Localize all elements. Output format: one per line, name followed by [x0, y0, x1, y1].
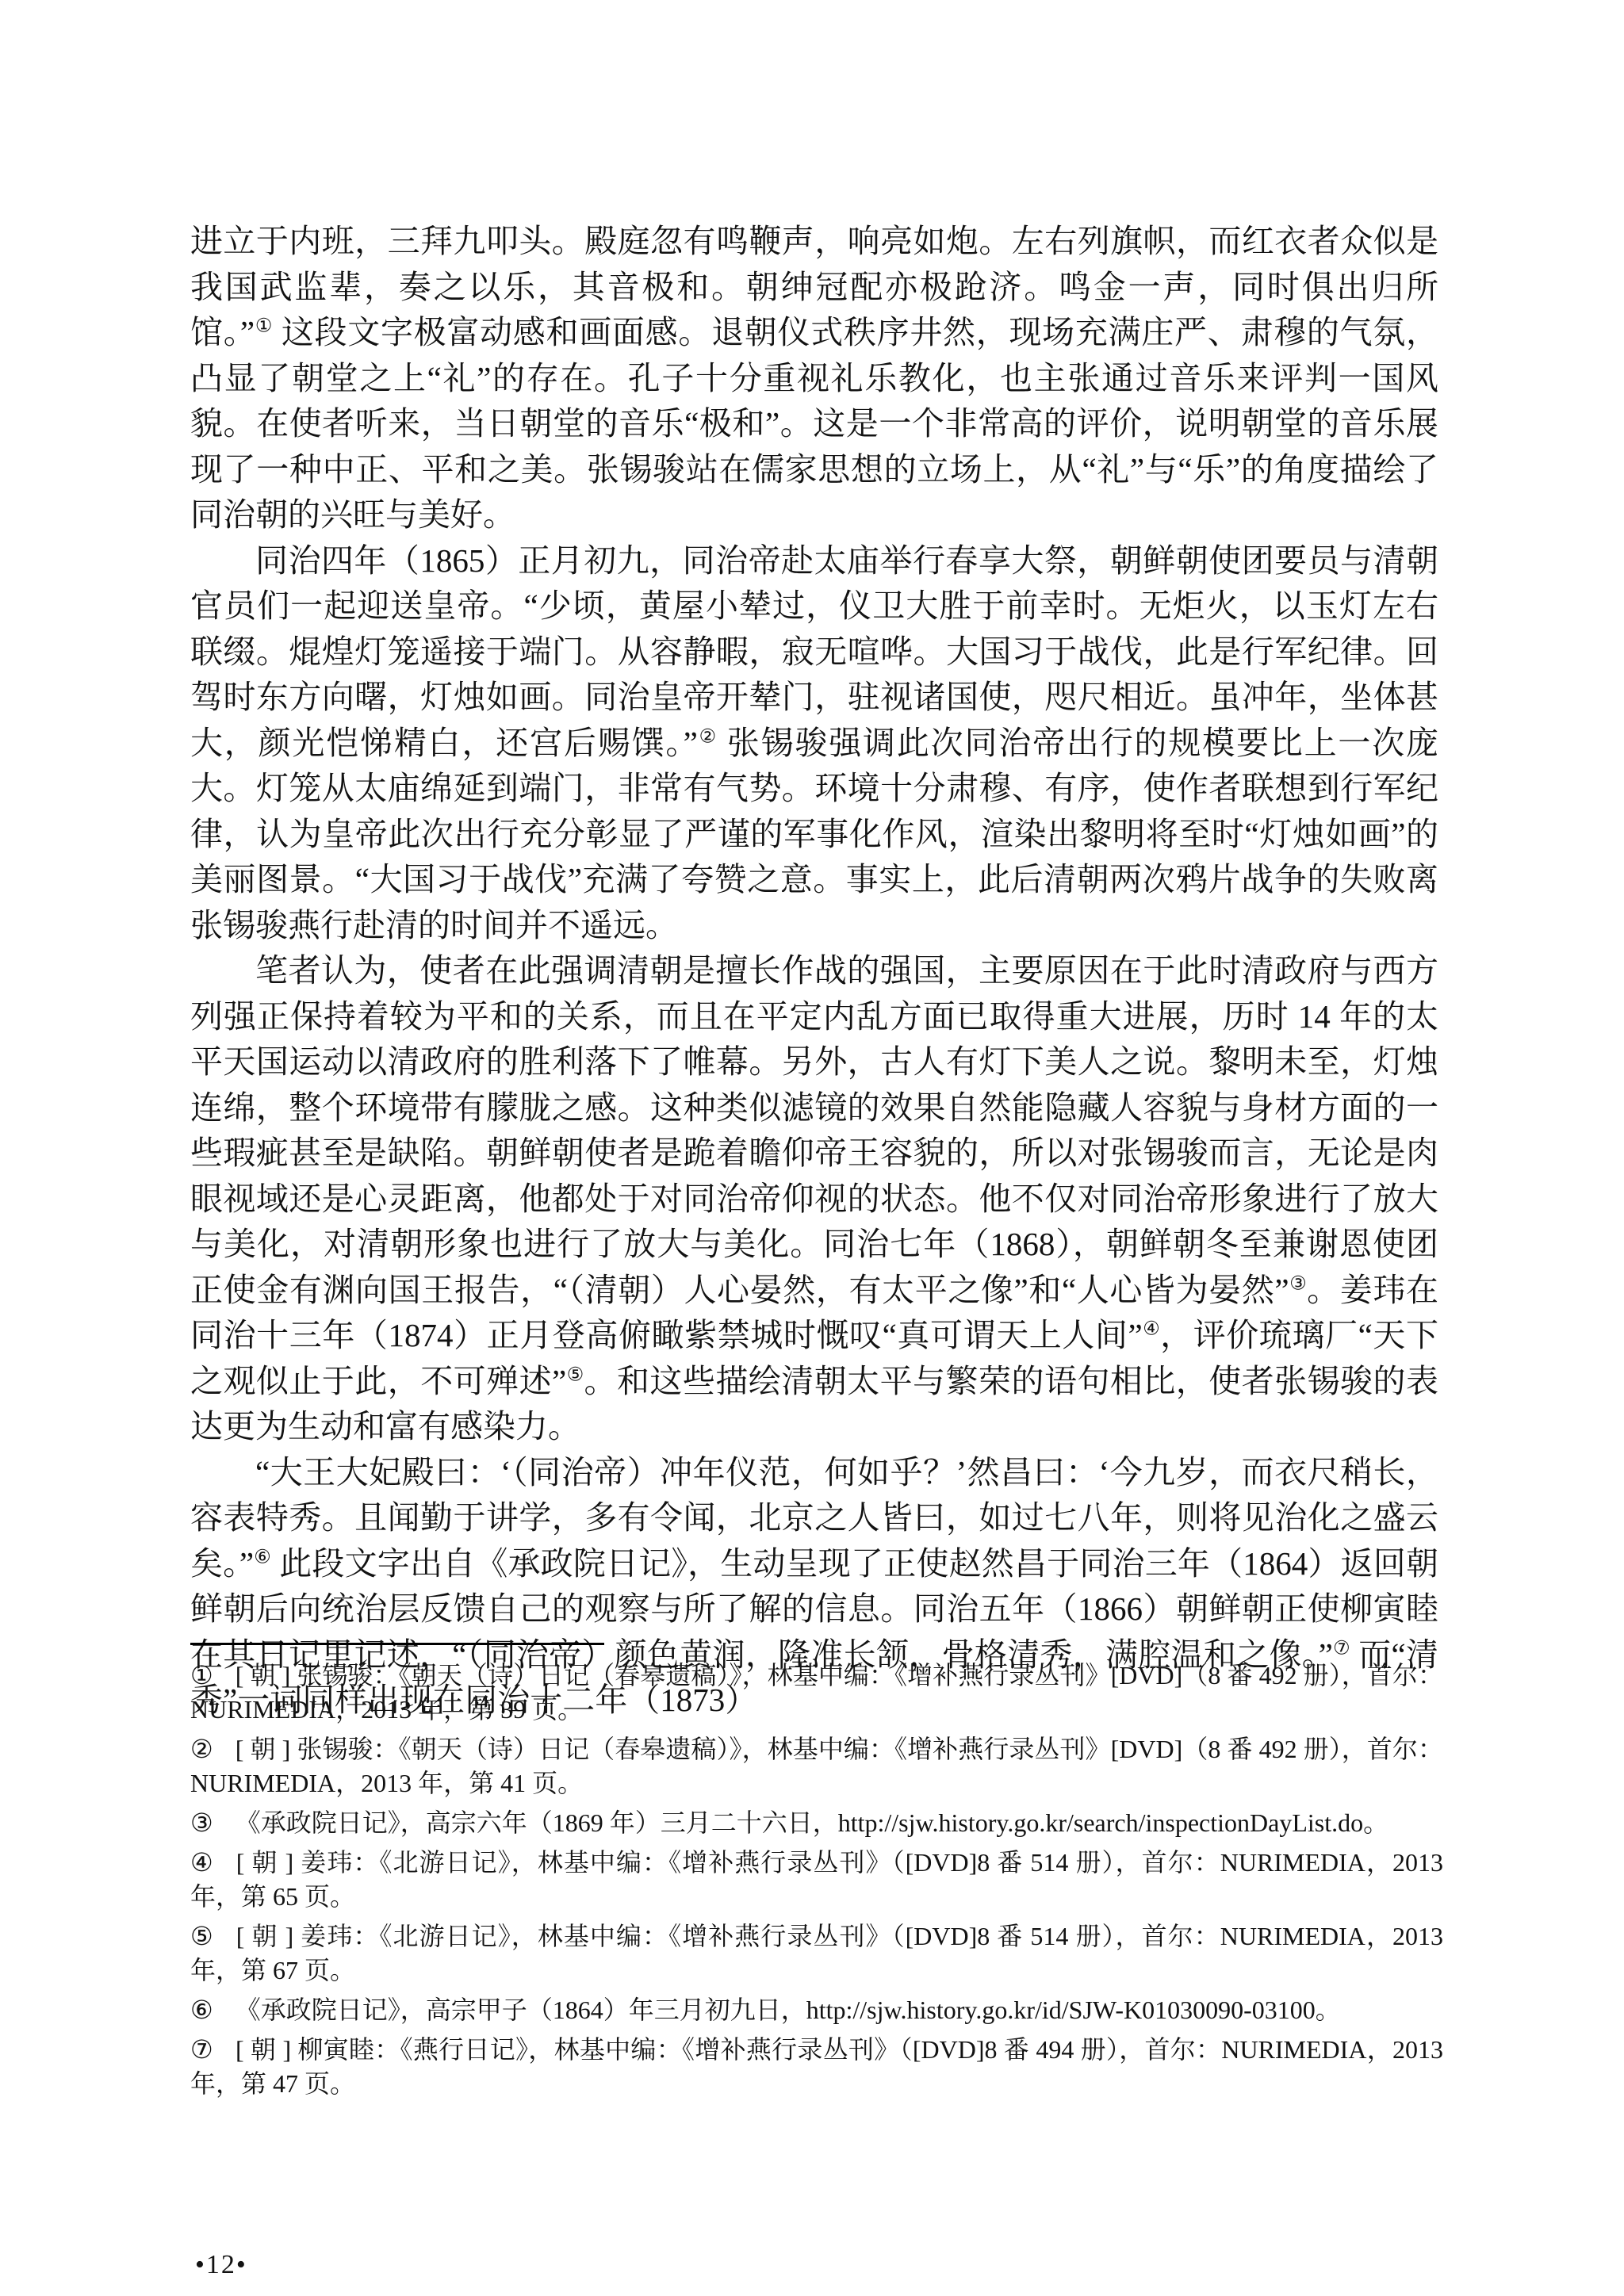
footnote-text: 《承政院日记》，高宗甲子（1864）年三月初九日，http://sjw.hist…: [236, 1996, 1341, 2024]
footnote-reference: ①: [255, 316, 273, 336]
footnote-text: [ 朝 ] 姜玮：《北游日记》，林基中编：《增补燕行录丛刊》（[DVD]8 番 …: [190, 1922, 1443, 1984]
footnote-item: ④[ 朝 ] 姜玮：《北游日记》，林基中编：《增补燕行录丛刊》（[DVD]8 番…: [190, 1846, 1443, 1914]
footnote-marker: ②: [190, 1735, 213, 1763]
footnotes-section: ①[ 朝 ] 张锡骏：《朝天（诗）日记（春皋遗稿）》，林基中编：《增补燕行录丛刊…: [190, 1659, 1443, 2107]
footnote-reference: ②: [698, 726, 718, 747]
paragraph: 笔者认为，使者在此强调清朝是擅长作战的强国，主要原因在于此时清政府与西方列强正保…: [190, 948, 1438, 1450]
footnote-marker: ⑤: [190, 1922, 214, 1950]
footnote-marker: ①: [190, 1661, 213, 1689]
footnote-marker: ⑥: [190, 1996, 213, 2024]
footnote-reference: ④: [1143, 1318, 1160, 1339]
document-page: 进立于内班，三拜九叩头。殿庭忽有鸣鞭声，响亮如炮。左右列旗帜，而红衣者众似是我国…: [0, 0, 1624, 2296]
footnote-reference: ⑤: [566, 1364, 584, 1385]
paragraph: 进立于内班，三拜九叩头。殿庭忽有鸣鞭声，响亮如炮。左右列旗帜，而红衣者众似是我国…: [190, 219, 1438, 538]
footnote-item: ⑥《承政院日记》，高宗甲子（1864）年三月初九日，http://sjw.his…: [190, 1993, 1443, 2027]
footnote-item: ②[ 朝 ] 张锡骏：《朝天（诗）日记（春皋遗稿）》，林基中编：《增补燕行录丛刊…: [190, 1732, 1443, 1800]
page-number: •12•: [195, 2250, 247, 2280]
footnote-item: ⑤[ 朝 ] 姜玮：《北游日记》，林基中编：《增补燕行录丛刊》（[DVD]8 番…: [190, 1919, 1443, 1988]
footnote-marker: ⑦: [190, 2035, 213, 2064]
footnote-separator: [190, 1643, 604, 1645]
footnote-reference: ⑦: [1333, 1638, 1350, 1659]
body-text: 进立于内班，三拜九叩头。殿庭忽有鸣鞭声，响亮如炮。左右列旗帜，而红衣者众似是我国…: [190, 219, 1438, 1724]
footnote-text: [ 朝 ] 张锡骏：《朝天（诗）日记（春皋遗稿）》，林基中编：《增补燕行录丛刊》…: [190, 1735, 1443, 1797]
footnote-marker: ④: [190, 1848, 214, 1877]
footnote-item: ①[ 朝 ] 张锡骏：《朝天（诗）日记（春皋遗稿）》，林基中编：《增补燕行录丛刊…: [190, 1659, 1443, 1727]
footnote-marker: ③: [190, 1808, 213, 1837]
footnote-reference: ③: [1289, 1273, 1308, 1294]
footnote-text: 《承政院日记》，高宗六年（1869 年）三月二十六日，http://sjw.hi…: [236, 1808, 1388, 1837]
footnote-reference: ⑥: [254, 1547, 271, 1567]
footnote-item: ⑦[ 朝 ] 柳寅睦：《燕行日记》，林基中编：《增补燕行录丛刊》（[DVD]8 …: [190, 2033, 1443, 2101]
footnote-text: [ 朝 ] 姜玮：《北游日记》，林基中编：《增补燕行录丛刊》（[DVD]8 番 …: [190, 1848, 1443, 1911]
paragraph: 同治四年（1865）正月初九，同治帝赴太庙举行春享大祭，朝鲜朝使团要员与清朝官员…: [190, 538, 1438, 949]
footnote-item: ③《承政院日记》，高宗六年（1869 年）三月二十六日，http://sjw.h…: [190, 1806, 1443, 1840]
footnote-text: [ 朝 ] 张锡骏：《朝天（诗）日记（春皋遗稿）》，林基中编：《增补燕行录丛刊》…: [190, 1661, 1443, 1724]
footnote-text: [ 朝 ] 柳寅睦：《燕行日记》，林基中编：《增补燕行录丛刊》（[DVD]8 番…: [190, 2035, 1443, 2098]
